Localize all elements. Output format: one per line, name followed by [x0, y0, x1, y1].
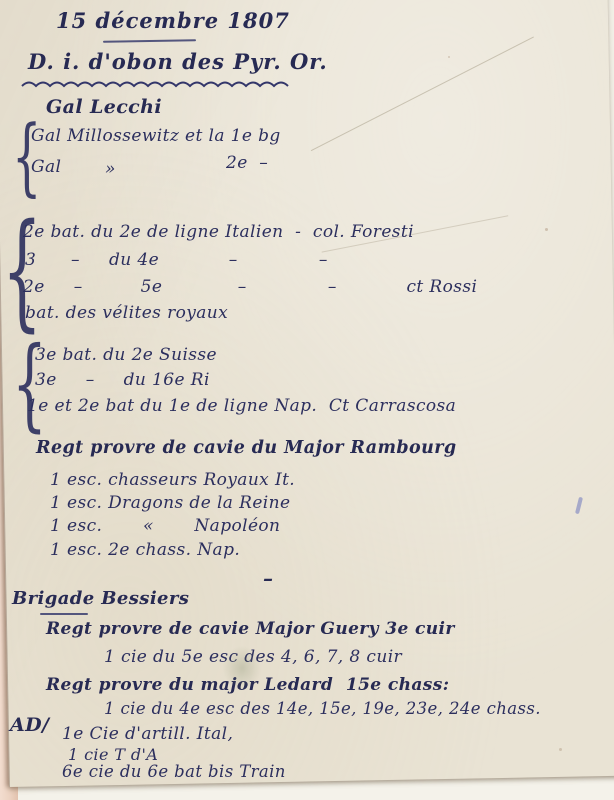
italian-infantry-line: 2e bat. du 2e de ligne Italien - col. Fo… [23, 222, 414, 242]
page-title: D. i. d'obon des Pyr. Or. [28, 49, 328, 74]
other-infantry-line: 1e et 2e bat du 1e de ligne Nap. Ct Carr… [27, 396, 456, 416]
other-infantry-line: 3e – du 16e Ri [35, 370, 210, 390]
bessieres-line: Regt provre de cavie Major Guery 3e cuir [46, 619, 455, 639]
commander-name: Gal Lecchi [46, 96, 162, 119]
other-infantry-line: 3e bat. du 2e Suisse [35, 345, 217, 365]
rambourg-squadron: 1 esc. 2e chass. Nap. [50, 540, 240, 560]
age-spot [545, 228, 548, 231]
general-line-2-brigade: 2e – [226, 153, 268, 173]
margin-note: AD/ [10, 714, 49, 737]
rambourg-regiment-title: Regt provre de cavie du Major Rambourg [36, 438, 457, 459]
age-spot [559, 748, 562, 751]
wavy-underline [20, 77, 300, 91]
general-line-1: Gal Millossewitz et la 1e bg [31, 126, 281, 146]
italian-infantry-line: bat. des vélites royaux [25, 303, 228, 323]
general-line-2-name: Gal [31, 157, 61, 177]
section-separator: – [263, 566, 273, 590]
pencil-smudge [222, 645, 262, 691]
rambourg-squadron: 1 esc. Dragons de la Reine [50, 493, 290, 513]
date-line: 15 décembre 1807 [56, 8, 290, 33]
italian-infantry-line: 2e – 5e – – ct Rossi [23, 277, 477, 297]
rambourg-squadron: 1 esc. « Napoléon [50, 516, 280, 536]
brigade-underline [40, 613, 88, 615]
age-spot [448, 56, 450, 58]
manuscript-scan: 15 décembre 1807 D. i. d'obon des Pyr. O… [0, 0, 614, 800]
general-line-2-ditto: » [105, 159, 116, 179]
rambourg-squadron: 1 esc. chasseurs Royaux It. [50, 470, 295, 490]
bessieres-brigade-title: Brigade Bessiers [12, 588, 189, 610]
paper-crease [311, 37, 534, 152]
italian-infantry-line: 3 – du 4e – – [25, 250, 328, 270]
artillery-line: 1e Cie d'artill. Ital, [62, 724, 233, 744]
bessieres-line: 1 cie du 4e esc des 14e, 15e, 19e, 23e, … [104, 699, 541, 719]
artillery-line: 6e cie du 6e bat bis Train [62, 762, 286, 782]
